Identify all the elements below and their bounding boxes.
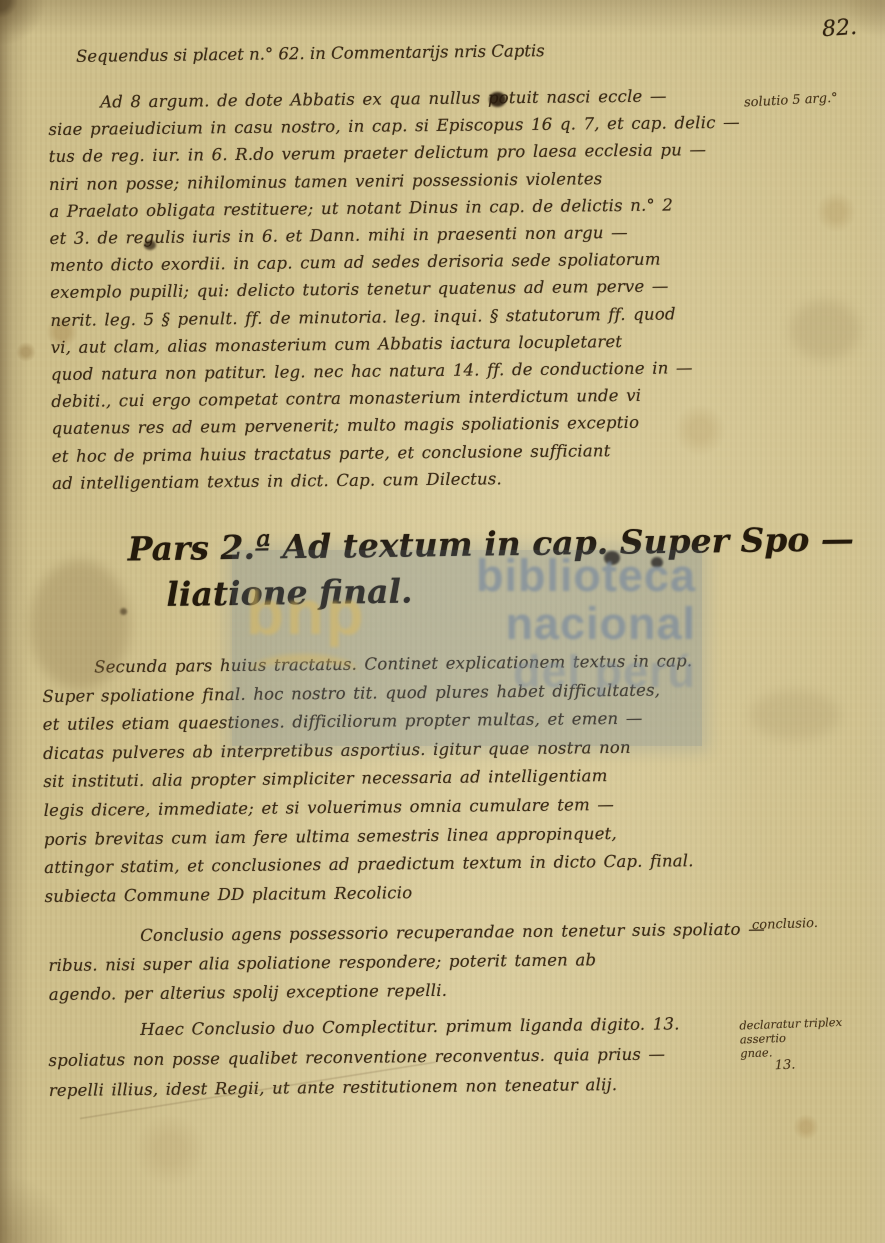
ink-blot (144, 240, 156, 250)
header-line: Sequendus si placet n.° 62. in Commentar… (76, 41, 545, 66)
margin-note-declaratur: declaratur triplex assertio gnae. 13. (739, 1014, 881, 1075)
margin-note-declaratur-number: 13. (775, 1056, 881, 1074)
ink-blot (604, 551, 620, 565)
show-through-smudge (750, 690, 840, 740)
ink-blot (489, 92, 506, 107)
show-through-smudge (790, 300, 860, 360)
section-heading-line2: liatione final. (166, 564, 769, 618)
section-heading-line1: Pars 2.ª Ad textum in cap. Super Spo — (127, 518, 768, 573)
margin-note-conclusio: conclusio. (752, 914, 872, 934)
paragraph-block-4: Haec Conclusio duo Complectitur. primum … (48, 1009, 755, 1106)
manuscript-line: agendo. per alterius spolij exceptione r… (49, 973, 755, 1009)
manuscript-page: 82. Sequendus si placet n.° 62. in Comme… (0, 0, 885, 1243)
manuscript-line: repelli illius, idest Regii, ut ante res… (49, 1069, 755, 1106)
section-heading: Pars 2.ª Ad textum in cap. Super Spo — l… (127, 518, 768, 619)
margin-note-solutio: solutio 5 arg.° (744, 88, 881, 111)
paragraph-block-1: Ad 8 argum. de dote Abbatis ex qua nullu… (48, 82, 758, 497)
folio-number: 82. (821, 15, 858, 42)
paragraph-block-2: Secunda pars huius tractatus. Continet e… (42, 647, 761, 912)
ink-blot (651, 557, 663, 568)
paragraph-block-3: Conclusio agens possessorio recuperandae… (48, 915, 755, 1009)
show-through-smudge (30, 560, 130, 690)
